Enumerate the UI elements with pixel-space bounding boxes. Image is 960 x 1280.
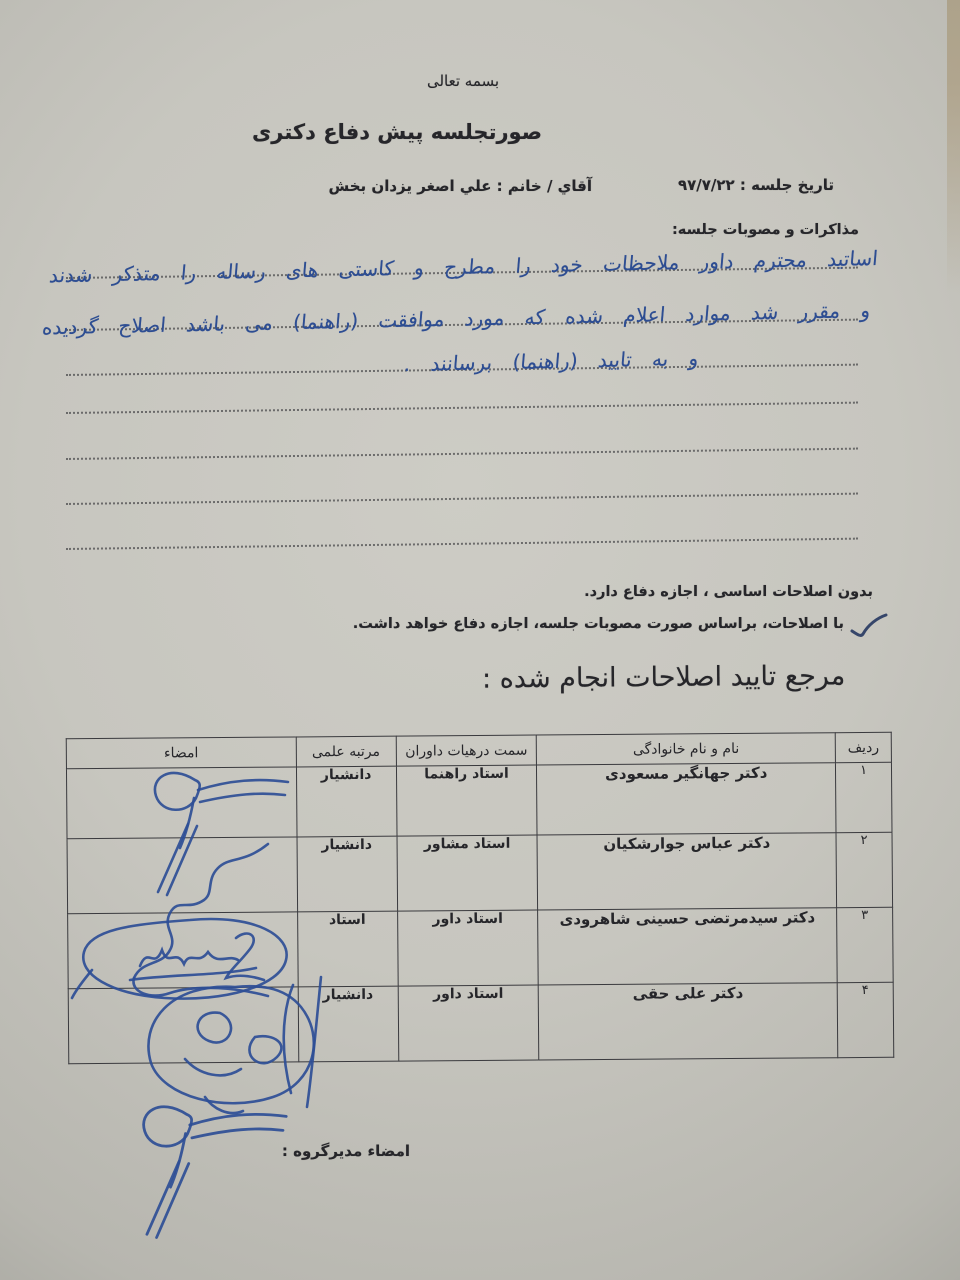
jury-table: ردیف نام و نام خانوادگی سمت درهیات داورا…	[66, 732, 895, 1064]
paper-edge-shadow	[947, 0, 960, 420]
candidate-name: آقاي / خانم : علي اصغر يزدان بخش	[329, 177, 592, 195]
row-number: ۳	[837, 907, 894, 982]
session-date: تاریخ جلسه : ۹۷/۷/۲۲	[678, 176, 834, 194]
minutes-section-label: مذاکرات و مصوبات جلسه:	[672, 222, 859, 238]
row-number: ۴	[837, 982, 894, 1057]
jury-member-rank: دانشیار	[296, 766, 396, 837]
jury-member-role: استاد داور	[398, 985, 539, 1061]
jury-member-name: دکتر سیدمرتضی حسینی شاهرودی	[538, 908, 837, 985]
signature-cell	[66, 767, 296, 839]
dotted-line	[66, 448, 858, 460]
handwriting-line: و به تایید (راهنما) برسانند .	[403, 346, 699, 376]
signature-cell	[68, 912, 298, 989]
corrections-reference-line: مرجع تایید اصلاحات انجام شده :	[482, 660, 845, 694]
signature-cell	[68, 987, 298, 1064]
header-academic-rank: مرتبه علمی	[296, 736, 396, 767]
dotted-line	[66, 538, 858, 550]
handwriting-line: و مقرر شد موارد اعلام شده که مورد موافقت…	[41, 298, 871, 339]
bismillah-text: بسمه تعالی	[408, 72, 518, 90]
jury-member-role: استاد مشاور	[397, 835, 538, 911]
option-with-corrections: با اصلاحات، براساس صورت مصوبات جلسه، اجا…	[353, 616, 888, 642]
row-number: ۲	[836, 832, 893, 907]
option-no-corrections: بدون اصلاحات اساسی ، اجازه دفاع دارد.	[584, 584, 873, 600]
row-number: ۱	[835, 762, 892, 832]
dotted-line	[66, 402, 858, 414]
jury-member-rank: دانشیار	[298, 986, 398, 1062]
header-row-number: ردیف	[835, 732, 891, 762]
header-jury-role: سمت درهیات داوران	[396, 735, 537, 766]
table-row: ۳ دکتر سیدمرتضی حسینی شاهرودی استاد داور…	[68, 907, 894, 988]
dotted-line	[66, 493, 858, 505]
jury-member-rank: دانشیار	[297, 836, 397, 912]
jury-member-name: دکتر علی حقی	[539, 983, 838, 1060]
handwriting-line: اساتید محترم داور ملاحظات خود را مطرح و …	[48, 246, 879, 287]
jury-member-role: استاد راهنما	[396, 765, 537, 836]
scanned-document-page: بسمه تعالی صورتجلسه پیش دفاع دکتری تاریخ…	[0, 0, 960, 1280]
jury-member-name: دکتر عباس جوارشکیان	[537, 833, 836, 910]
jury-member-rank: استاد	[297, 911, 397, 987]
table-row: ۲ دکتر عباس جوارشکیان استاد مشاور دانشیا…	[67, 832, 893, 913]
jury-member-role: استاد داور	[397, 910, 538, 986]
header-signature: امضاء	[66, 737, 296, 769]
signature-scribble-department-head	[108, 1095, 308, 1245]
option-with-corrections-label: با اصلاحات، براساس صورت مصوبات جلسه، اجا…	[353, 616, 844, 632]
department-head-signature-label: امضاء مدیرگروه :	[282, 1142, 410, 1160]
table-row: ۱ دکتر جهانگیر مسعودی استاد راهنما دانشی…	[66, 762, 892, 838]
page-title: صورتجلسه پیش دفاع دکتری	[326, 120, 542, 144]
header-full-name: نام و نام خانوادگی	[537, 733, 836, 765]
jury-member-name: دکتر جهانگیر مسعودی	[537, 763, 836, 835]
table-row: ۴ دکتر علی حقی استاد داور دانشیار	[68, 982, 894, 1063]
signature-cell	[67, 837, 297, 914]
checkmark-icon	[850, 612, 888, 642]
